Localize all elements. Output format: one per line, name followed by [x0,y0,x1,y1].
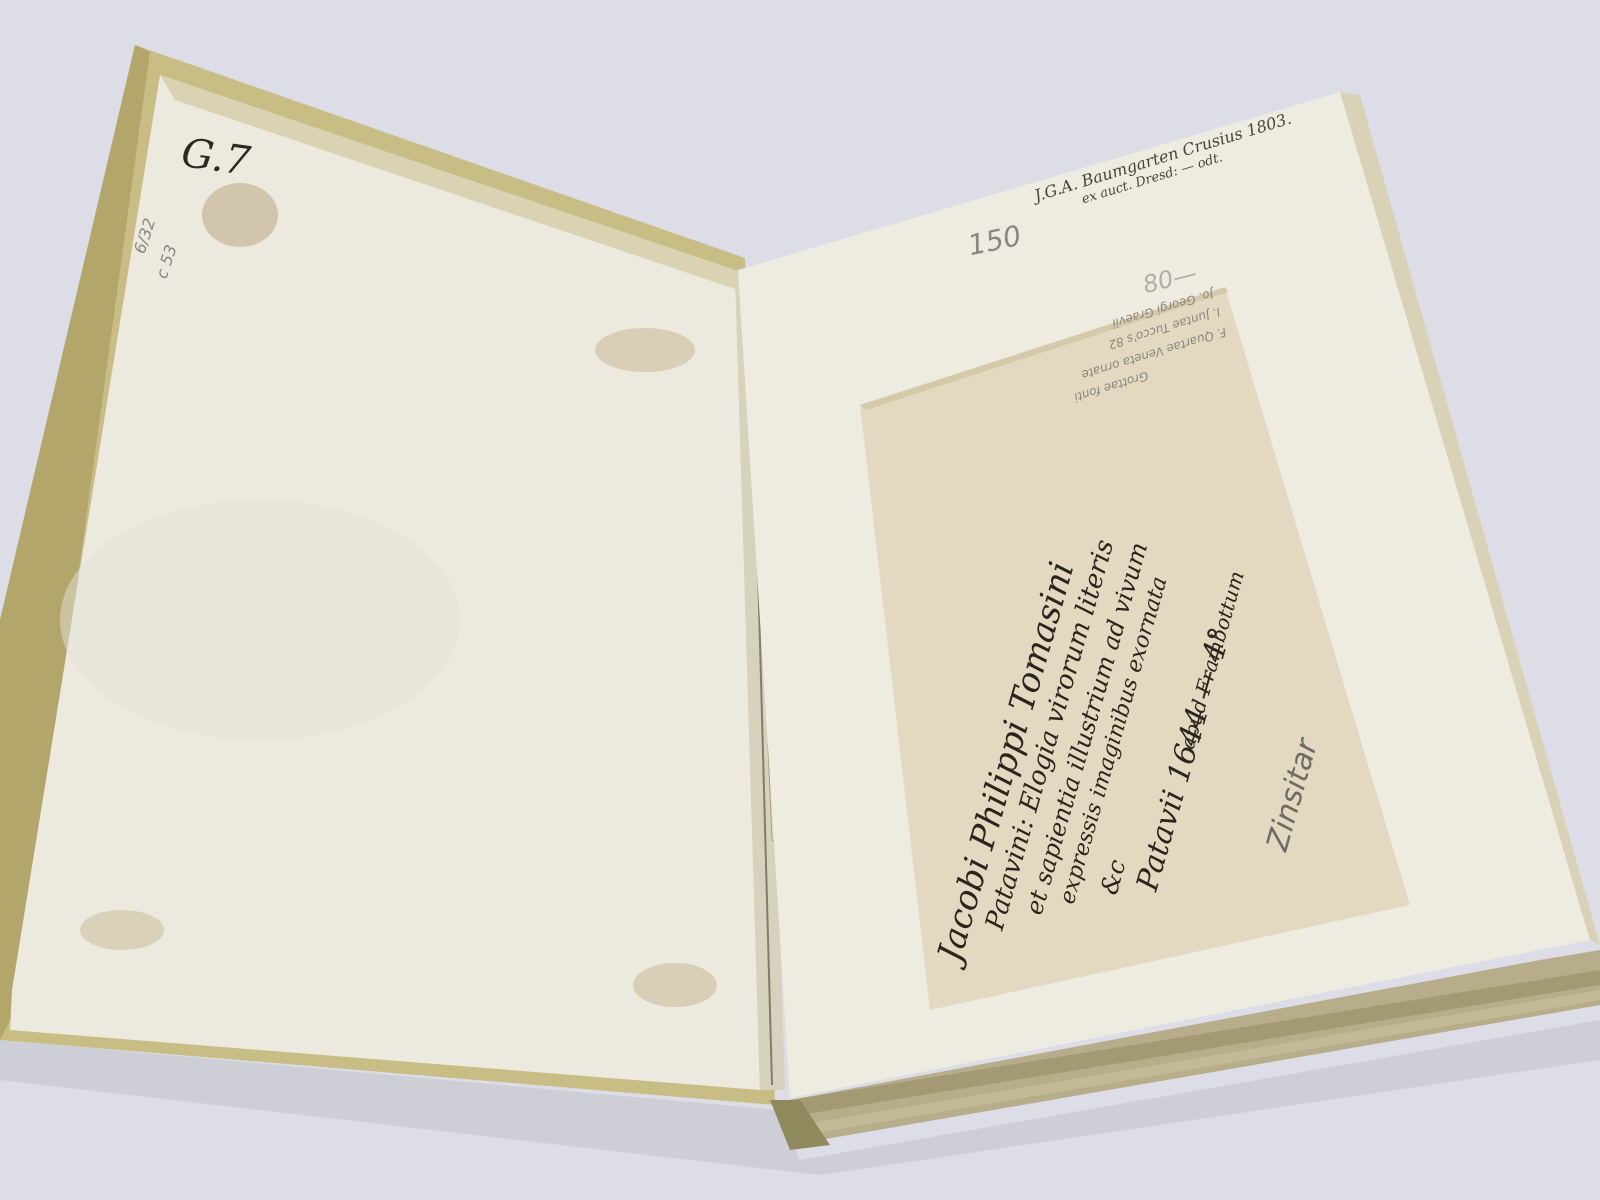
book-photo: G.7 6/32 c 53 J.G.A. Baumgarten Crusius … [0,0,1600,1200]
stain [202,183,278,247]
shelfmark: G.7 [179,130,253,185]
